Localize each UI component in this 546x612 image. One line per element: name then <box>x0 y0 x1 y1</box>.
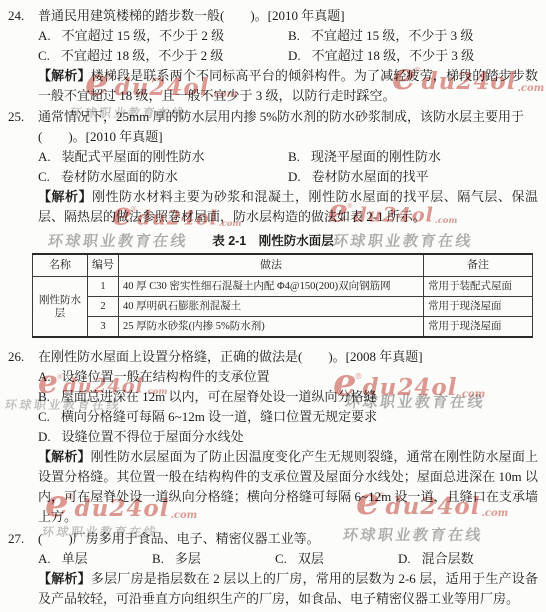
question-26: 26. 在刚性防水屋面上设置分格缝，正确的做法是( )。[2008 年真题] A… <box>8 347 538 527</box>
cell-no: 3 <box>88 317 119 338</box>
question-stem: 通常情况下，25mm 厚的防水层用内掺 5%防水剂的防水砂浆制成，该防水层主要用… <box>38 109 524 144</box>
cell-note: 常用于装配式屋面 <box>424 277 533 297</box>
col-header-note: 备注 <box>424 254 533 277</box>
option-label: C. <box>38 169 50 184</box>
q26-option-b: B.屋面总进深在 12m 以内，可在屋脊处设一道纵向分格缝 <box>38 387 538 407</box>
question-27-stem-row: 27. ( )厂房多用于食品、电子、精密仪器工业等。 <box>8 529 538 549</box>
option-text: 单层 <box>62 551 88 566</box>
q27-option-b: B.多层 <box>152 549 275 569</box>
q27-option-d: D.混合层数 <box>398 549 538 569</box>
rigid-waterproof-table-section: 表 2-1 刚性防水面层 名称 编号 做法 备注 刚性防水层 1 40 厚 C3 <box>8 232 538 338</box>
question-stem: 普通民用建筑楼梯的踏步数一般( )。[2010 年真题] <box>38 8 345 23</box>
option-text: 现浇平屋面的刚性防水 <box>311 149 441 164</box>
q26-option-d: D.设缝位置不得位于屋面分水线处 <box>38 427 538 447</box>
option-label: A. <box>38 28 51 43</box>
question-25-options: A.装配式平屋面的刚性防水 B.现浇平屋面的刚性防水 C.卷材防水屋面的防水 D… <box>8 147 538 187</box>
q25-option-b: B.现浇平屋面的刚性防水 <box>288 147 538 167</box>
question-number: 25. <box>8 107 24 127</box>
question-24-stem-row: 24. 普通民用建筑楼梯的踏步数一般( )。[2010 年真题] <box>8 6 538 26</box>
analysis-text: 刚性防水层屋面为了防止因温度变化产生无规则裂缝，通常在刚性防水屋面上设置分格缝。… <box>38 449 538 524</box>
question-25: 25. 通常情况下，25mm 厚的防水层用内掺 5%防水剂的防水砂浆制成，该防水… <box>8 107 538 227</box>
table-2-1: 名称 编号 做法 备注 刚性防水层 1 40 厚 C30 密实性细石混凝土内配 … <box>32 253 533 338</box>
option-label: C. <box>275 551 287 566</box>
option-text: 横向分格缝可每隔 6~12m 设一道，缝口位置无规定要求 <box>61 409 377 424</box>
question-25-stem-row: 25. 通常情况下，25mm 厚的防水层用内掺 5%防水剂的防水砂浆制成，该防水… <box>8 107 538 147</box>
option-label: A. <box>38 369 51 384</box>
option-text: 屋面总进深在 12m 以内，可在屋脊处设一道纵向分格缝 <box>61 389 377 404</box>
option-text: 设缝位置不得位于屋面分水线处 <box>62 429 244 444</box>
cell-method: 40 厚明矾石膨胀剂混凝土 <box>119 297 424 317</box>
q26-option-a: A.设缝位置一般在结构构件的支承位置 <box>38 367 538 387</box>
question-24: 24. 普通民用建筑楼梯的踏步数一般( )。[2010 年真题] A.不宜超过 … <box>8 6 538 106</box>
option-label: D. <box>398 551 411 566</box>
q25-option-a: A.装配式平屋面的刚性防水 <box>38 147 288 167</box>
option-label: D. <box>288 169 301 184</box>
question-27: 27. ( )厂房多用于食品、电子、精密仪器工业等。 A.单层 B.多层 C.双… <box>8 529 538 609</box>
option-label: B. <box>288 149 300 164</box>
option-label: D. <box>38 429 51 444</box>
cell-group-name: 刚性防水层 <box>33 277 88 338</box>
option-text: 双层 <box>298 551 324 566</box>
option-text: 多层 <box>175 551 201 566</box>
q24-analysis: 【解析】楼梯段是联系两个不同标高平台的倾斜构件。为了减轻疲劳，梯段的踏步步数一般… <box>8 66 538 106</box>
analysis-label: 【解析】 <box>38 189 92 204</box>
q27-option-a: A.单层 <box>38 549 152 569</box>
option-text: 不宜超过 15 级，不少于 2 级 <box>62 28 225 43</box>
q24-option-d: D.不宜超过 18 级，不少于 3 级 <box>288 46 538 66</box>
question-24-options: A.不宜超过 15 级，不少于 2 级 B.不宜超过 15 级，不少于 3 级 … <box>8 26 538 66</box>
option-label: C. <box>38 48 50 63</box>
q25-analysis: 【解析】刚性防水材料主要为砂浆和混凝土，刚性防水屋面的找平层、隔气层、保温层、隔… <box>8 187 538 227</box>
cell-method: 25 厚防水砂浆(内掺 5%防水剂) <box>119 317 424 338</box>
question-number: 24. <box>8 6 24 26</box>
option-text: 设缝位置一般在结构构件的支承位置 <box>62 369 270 384</box>
option-text: 不宜超过 18 级，不少于 3 级 <box>312 48 475 63</box>
col-header-method: 做法 <box>119 254 424 277</box>
option-label: D. <box>288 48 301 63</box>
cell-note: 常用于现浇屋面 <box>424 297 533 317</box>
q25-option-d: D.卷材防水屋面的找平 <box>288 167 538 187</box>
col-header-no: 编号 <box>88 254 119 277</box>
page-content: 24. 普通民用建筑楼梯的踏步数一般( )。[2010 年真题] A.不宜超过 … <box>8 6 538 609</box>
question-stem: ( )厂房多用于食品、电子、精密仪器工业等。 <box>38 531 320 546</box>
option-label: B. <box>288 28 300 43</box>
q27-option-c: C.双层 <box>275 549 398 569</box>
q24-option-a: A.不宜超过 15 级，不少于 2 级 <box>38 26 288 46</box>
option-text: 卷材防水屋面的找平 <box>312 169 429 184</box>
table-row: 3 25 厚防水砂浆(内掺 5%防水剂) 常用于现浇屋面 <box>33 317 533 338</box>
analysis-text: 刚性防水材料主要为砂浆和混凝土，刚性防水屋面的找平层、隔气层、保温层、隔热层的做… <box>38 189 538 224</box>
table-row: 刚性防水层 1 40 厚 C30 密实性细石混凝土内配 Φ4@150(200)双… <box>33 277 533 297</box>
question-number: 27. <box>8 529 24 549</box>
q27-analysis: 【解析】多层厂房是指层数在 2 层以上的厂房，常用的层数为 2-6 层，适用于生… <box>8 569 538 609</box>
question-26-options: A.设缝位置一般在结构构件的支承位置 B.屋面总进深在 12m 以内，可在屋脊处… <box>8 367 538 447</box>
question-26-stem-row: 26. 在刚性防水屋面上设置分格缝，正确的做法是( )。[2008 年真题] <box>8 347 538 367</box>
q24-option-c: C.不宜超过 18 级，不少于 2 级 <box>38 46 288 66</box>
option-label: C. <box>38 409 50 424</box>
option-label: A. <box>38 149 51 164</box>
cell-no: 1 <box>88 277 119 297</box>
cell-no: 2 <box>88 297 119 317</box>
option-text: 卷材防水屋面的防水 <box>61 169 178 184</box>
q26-option-c: C.横向分格缝可每隔 6~12m 设一道，缝口位置无规定要求 <box>38 407 538 427</box>
table-title: 表 2-1 刚性防水面层 <box>8 232 538 250</box>
option-text: 不宜超过 15 级，不少于 3 级 <box>311 28 474 43</box>
cell-method: 40 厚 C30 密实性细石混凝土内配 Φ4@150(200)双向钢筋网 <box>119 277 424 297</box>
option-text: 混合层数 <box>422 551 474 566</box>
analysis-label: 【解析】 <box>38 449 91 464</box>
analysis-text: 楼梯段是联系两个不同标高平台的倾斜构件。为了减轻疲劳，梯段的踏步步数一般不宜超过… <box>38 68 538 103</box>
option-label: A. <box>38 551 51 566</box>
analysis-label: 【解析】 <box>38 571 91 586</box>
question-number: 26. <box>8 347 24 367</box>
table-row: 2 40 厚明矾石膨胀剂混凝土 常用于现浇屋面 <box>33 297 533 317</box>
analysis-label: 【解析】 <box>38 68 91 83</box>
option-label: B. <box>38 389 50 404</box>
col-header-name: 名称 <box>33 254 88 277</box>
analysis-text: 多层厂房是指层数在 2 层以上的厂房，常用的层数为 2-6 层，适用于生产设备及… <box>38 571 538 606</box>
q26-analysis: 【解析】刚性防水层屋面为了防止因温度变化产生无规则裂缝，通常在刚性防水屋面上设置… <box>8 447 538 527</box>
question-27-options: A.单层 B.多层 C.双层 D.混合层数 <box>8 549 538 569</box>
table-header-row: 名称 编号 做法 备注 <box>33 254 533 277</box>
scanned-exam-page: e®du24ol.com e®du24ol.com e®du24ol.com e… <box>0 0 546 612</box>
option-label: B. <box>152 551 164 566</box>
option-text: 装配式平屋面的刚性防水 <box>62 149 205 164</box>
q24-option-b: B.不宜超过 15 级，不少于 3 级 <box>288 26 538 46</box>
cell-note: 常用于现浇屋面 <box>424 317 533 338</box>
option-text: 不宜超过 18 级，不少于 2 级 <box>61 48 224 63</box>
question-stem: 在刚性防水屋面上设置分格缝，正确的做法是( )。[2008 年真题] <box>38 349 423 364</box>
q25-option-c: C.卷材防水屋面的防水 <box>38 167 288 187</box>
